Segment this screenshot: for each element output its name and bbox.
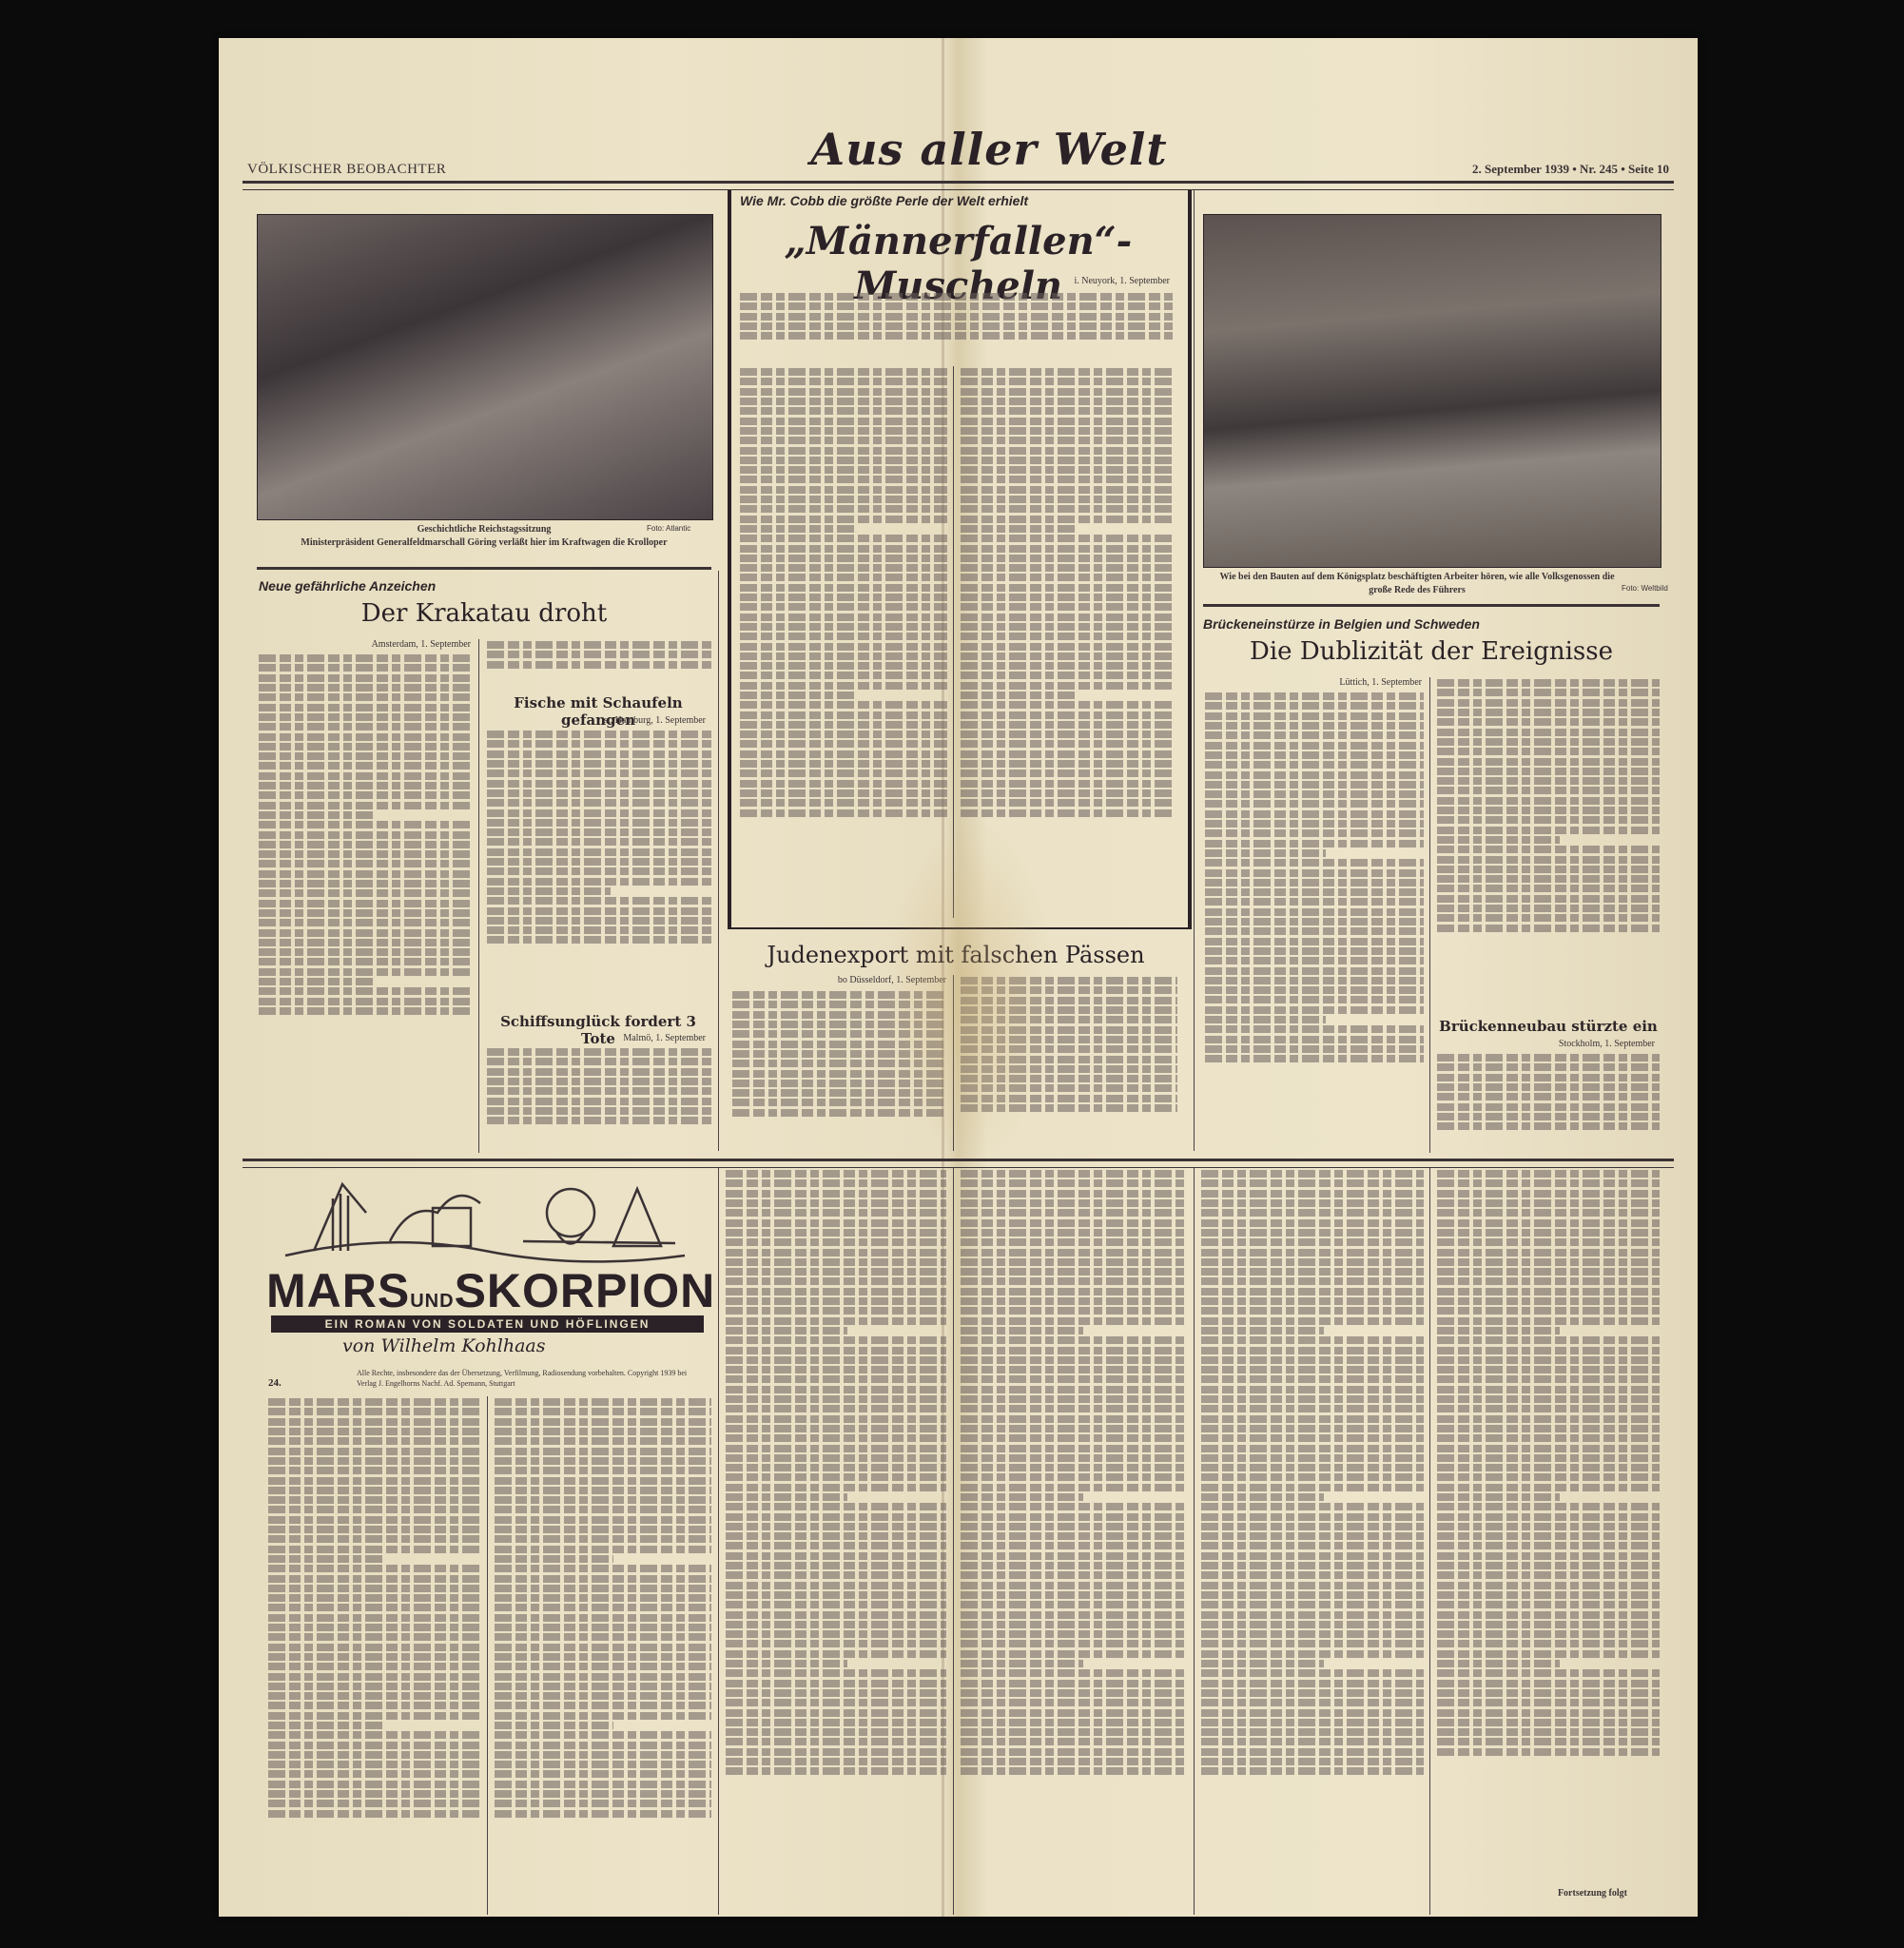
issue-line: 2. September 1939 • Nr. 245 • Seite 10 [1472,162,1669,177]
serial-closing: Fortsetzung folgt [1437,1888,1627,1899]
photo-workers-listening [1203,214,1661,568]
serial-col1 [268,1396,482,1915]
bridge-sweden-body [1437,1052,1660,1151]
serial-installment: 24. [268,1377,282,1389]
masthead-rule [243,181,1674,190]
serial-col6 [1437,1168,1660,1886]
serial-col5 [1201,1168,1424,1915]
bridges-body-col2 [1437,677,1660,986]
pearl-dateline: i. Neuyork, 1. September [737,276,1170,286]
serial-illustration-icon [276,1175,694,1265]
bridges-headline: Die Dublizität der Ereignisse [1203,637,1660,666]
krakatau-dateline: Amsterdam, 1. September [257,639,471,650]
krakatau-kicker: Neue gefährliche Anzeichen [259,578,436,594]
photo-left-caption-title: Geschichtliche Reichstagssitzung [257,523,711,536]
bridges-dateline: Lüttich, 1. September [1203,677,1422,688]
paper-name: VÖLKISCHER BEOBACHTER [247,162,446,178]
ship-dateline: Malmö, 1. September [485,1033,706,1043]
serial-rights: Alle Rechte, insbesondere das der Überse… [357,1368,699,1389]
krakatau-body [259,653,473,1100]
photo-left-credit: Foto: Atlantic [647,524,690,533]
photo-right-caption: Wie bei den Bauten auf dem Königsplatz b… [1208,571,1626,597]
serial-col3 [726,1168,946,1915]
serial-subtitle: EIN ROMAN VON SOLDATEN UND HÖFLINGEN [271,1315,704,1333]
bridge-sweden-headline: Brückenneubau stürzte ein [1436,1018,1661,1035]
newspaper-page: Aus aller Welt VÖLKISCHER BEOBACHTER 2. … [219,38,1698,1917]
photo-left-caption: Ministerpräsident Generalfeldmarschall G… [257,536,711,550]
section-title: Aus aller Welt [789,124,1189,175]
serial-author: von Wilhelm Kohlhaas [342,1335,546,1356]
bridges-body-col1 [1205,691,1424,1151]
pearl-lead-text [740,291,1173,358]
bridge-sweden-dateline: Stockholm, 1. September [1436,1039,1655,1049]
fish-dateline: st. Hamburg, 1. September [485,715,706,726]
ship-body [487,1046,711,1149]
fish-body [487,729,711,995]
serial-col4 [961,1168,1184,1915]
serial-title: MARSUNDSKORPION [266,1263,715,1318]
photo-right-credit: Foto: Weltbild [1622,584,1668,593]
photo-goering-car [257,214,713,520]
krakatau-continued [487,639,711,682]
pearl-kicker: Wie Mr. Cobb die größte Perle der Welt e… [740,193,1028,208]
bridges-kicker: Brückeneinstürze in Belgien und Schweden [1203,616,1480,632]
serial-col2 [495,1396,711,1915]
krakatau-headline: Der Krakatau droht [257,599,711,628]
